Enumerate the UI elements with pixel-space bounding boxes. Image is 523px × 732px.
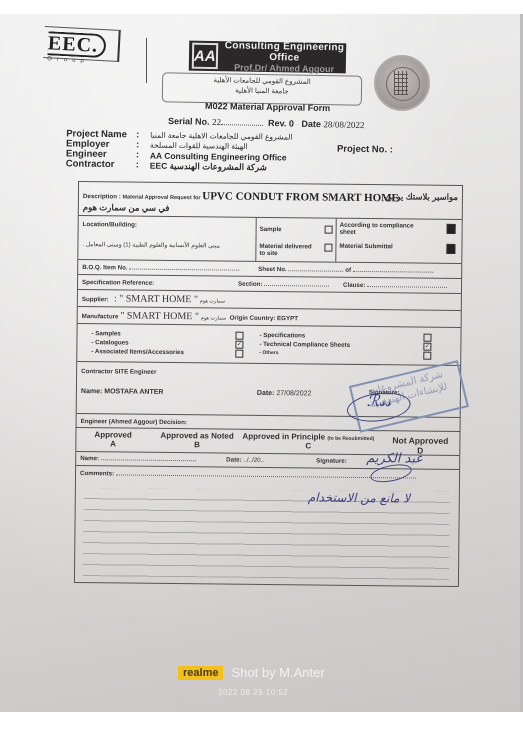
clause-field[interactable] [367,286,447,288]
accessories-checkbox[interactable] [235,350,243,358]
material-submittal-checkbox[interactable] [446,244,455,254]
location-value: مبنى العلوم الأنسانية والعلوم الطبية (1)… [82,241,220,249]
samples-checkbox[interactable] [235,332,243,340]
attachments-right: - Specifications - Technical Compliance … [259,332,350,360]
sheet-field[interactable] [288,270,343,272]
header-divider [146,38,147,83]
compliance-sheets-checkbox[interactable]: ✓ [423,343,431,351]
catalogues-checkbox[interactable]: ✓ [235,341,243,349]
project-info: Project Name : المشروع القومي للجامعات ا… [66,129,293,172]
decision-approved-in-principle[interactable]: Approved in Principle (to be Resubmitted… [242,432,374,451]
description-main: UPVC CONDUT FROM SMART HOME [202,190,399,204]
rev-value: 0 [289,118,294,128]
date-label: Date [301,119,321,129]
university-seal-icon [374,55,430,111]
aa-logo-icon: AA [192,43,218,69]
manufacture-value: " SMART HOME " [120,310,199,322]
description-row: Description : Material Approval Request … [79,182,462,220]
compliance-checkbox[interactable] [447,224,456,234]
location-row: Location/Building: مبنى العلوم الأنسانية… [78,216,461,264]
banner-title: Consulting Engineering Office [223,40,347,64]
date-value: 28/08/2022 [323,119,364,130]
specifications-checkbox[interactable] [423,334,431,342]
contractor-engineer-name: MOSTAFA ANTER [104,388,163,396]
description-arabic-2: في سي من سمارت هوم [83,202,183,214]
attachments-left: - Samples - Catalogues - Associated Item… [91,330,184,358]
rev-label: Rev. [268,118,287,128]
of-field[interactable] [353,271,433,273]
engineer-date-field[interactable]: ../../20.. [243,457,264,464]
eec-logo: EEC. Group [43,26,121,62]
banner-subtitle: Prof.Dr/ Ahmed Aggour [222,62,345,74]
serial-label: Serial No. [168,116,210,127]
shot-by-text: Shot by M.Anter [231,665,324,680]
description-arabic-1: مواسير بلاستك يو بي [385,191,458,203]
form-title: M022 Material Approval Form [205,101,330,113]
arabic-project-line-2: جامعة المنيا الأهلية [163,85,361,98]
camera-watermark: realme Shot by M.Anter [178,665,325,680]
comments-handwritten: لا مانع من الاستخدام [308,490,410,505]
photo-timestamp: 2022 08 29 10:52 [218,688,288,697]
origin-value: EGYPT [277,315,298,322]
contractor-value: EEC شركة المشروعات الهندسية [150,161,267,173]
section-field[interactable] [264,285,329,287]
engineer-name-field[interactable] [101,459,196,461]
consulting-office-banner: AA Consulting Engineering Office Prof.Dr… [189,41,346,74]
boq-field[interactable] [129,269,239,271]
others-checkbox[interactable] [423,352,431,360]
decision-approved[interactable]: ApprovedA [94,430,132,448]
attachments-row: - Samples - Catalogues - Associated Item… [77,324,460,366]
material-delivered-checkbox[interactable] [324,244,332,252]
contractor-signature-scribble: ℛ𝓈𝓈 [367,391,392,411]
project-number: Project No. : [337,144,393,156]
material-approval-form: Description : Material Approval Request … [74,181,463,587]
supplier-value: : " SMART HOME " [114,293,198,305]
camera-brand: realme [178,666,223,680]
sample-checkbox[interactable] [325,226,333,234]
arabic-project-box: المشروع القومي للجامعات الأهلية جامعة ال… [162,72,362,105]
eec-logo-text: EEC. [47,31,106,58]
contractor-date: 27/08/2022 [276,390,311,397]
comments-section: Comments: لا مانع من الاستخدام [75,466,459,586]
decision-approved-as-noted[interactable]: Approved as NotedB [160,431,234,450]
serial-value: 22 [212,117,221,127]
